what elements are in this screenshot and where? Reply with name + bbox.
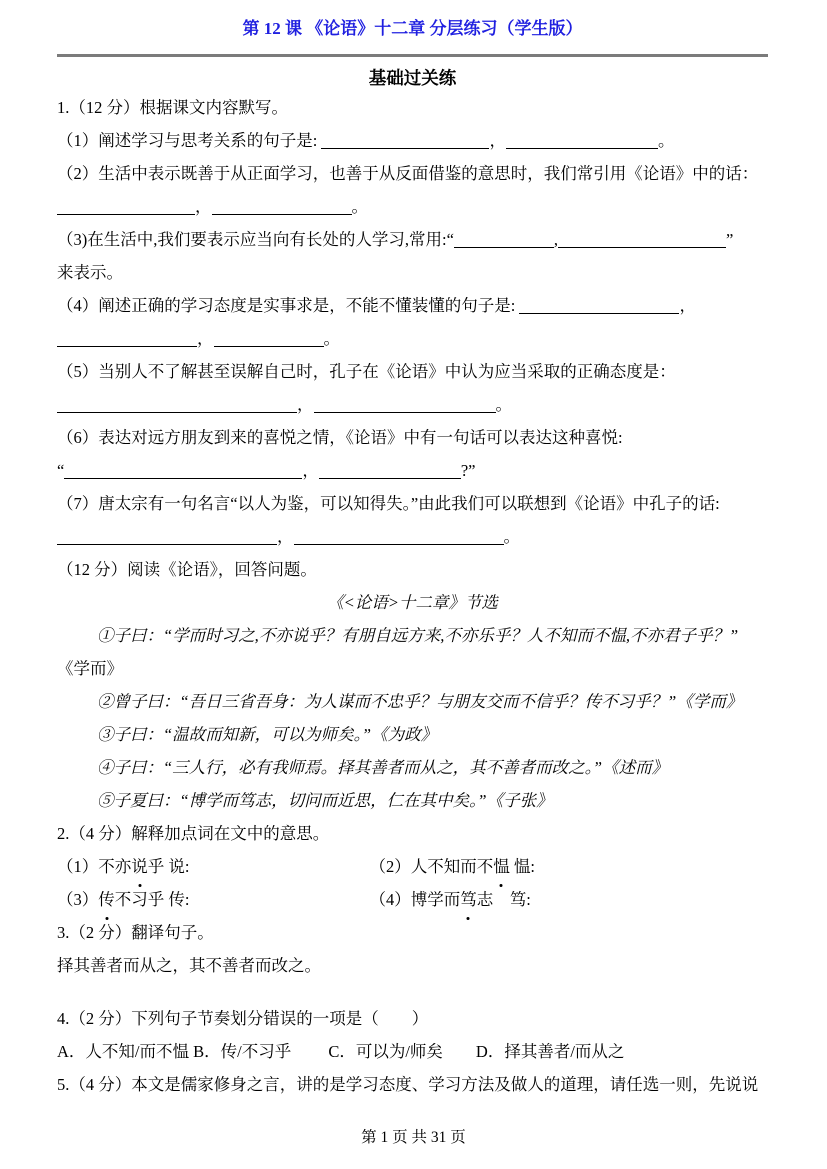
text-run: （12 分）阅读《论语》，回答问题。 [57,560,317,579]
text-run: ②曾子曰：“吾日三省吾身：为人谋而不忠乎？与朋友交而不信乎？传不习乎？”《学而》 [97,692,742,711]
text-run: （4）博学而 [369,890,460,909]
answer-blank [506,131,658,149]
text-run: 愠: [510,857,535,876]
line-q4-options: A．人不知/而不愠 B．传/不习乎 C．可以为/师矣 D．择其善者/而从之 [57,1035,768,1068]
answer-blank [519,296,679,314]
line-q5-stem: 5.（4 分）本文是儒家修身之言，讲的是学习态度、学习方法及做人的道理，请任选一… [57,1068,768,1101]
text-run: （3） [57,890,98,909]
line-q1-sub5: （5）当别人不了解甚至误解自己时，孔子在《论语》中认为应当采取的正确态度是： [57,355,768,388]
answer-blank [294,527,504,545]
line-q1-sub3: （3)在生活中,我们要表示应当向有长处的人学习,常用:“,” [57,223,768,256]
line-passage-1: ①子曰：“学而时习之,不亦说乎？有朋自远方来,不亦乐乎？人不知而不愠,不亦君子乎… [57,619,768,652]
text-run: （2）生活中表示既善于从正面学习，也善于从反面借鉴的意思时，我们常引用《论语》中… [57,164,758,183]
line-q3-stem: 3.（2 分）翻译句子。 [57,916,768,949]
text-run: （1）阐述学习与思考关系的句子是: [57,131,321,150]
text-run: 3.（2 分）翻译句子。 [57,923,214,942]
line-passage-1-cont: 《学而》 [57,652,768,685]
text-run: ， [195,197,212,216]
text-run: ⑤子夏曰：“博学而笃志，切问而近思，仁在其中矣。”《子张》 [97,791,553,810]
line-passage-4: ④子曰：“三人行，必有我师焉。择其善者而从之，其不善者而改之。”《述而》 [57,751,768,784]
text-run: （7）唐太宗有一句名言“以人为鉴，可以知得失。”由此我们可以联想到《论语》中孔子… [57,494,720,513]
line-passage-5: ⑤子夏曰：“博学而笃志，切问而近思，仁在其中矣。”《子张》 [57,784,768,817]
answer-blank [57,395,297,413]
answer-blank [64,461,302,479]
document-body: 1.（12 分）根据课文内容默写。（1）阐述学习与思考关系的句子是: ，。（2）… [57,91,768,1101]
answer-blank [314,395,496,413]
line-passage-title: 《<论语>十二章》节选 [57,586,768,619]
line-reading-stem: （12 分）阅读《论语》，回答问题。 [57,553,768,586]
emphasized-char: 说 [131,850,148,883]
line-q1-sub7: （7）唐太宗有一句名言“以人为鉴，可以知得失。”由此我们可以联想到《论语》中孔子… [57,487,768,520]
text-run: ， [197,329,214,348]
line-q1-sub2-blanks: ，。 [57,190,768,223]
text-run: ， [679,296,696,315]
text-run: 志 笃: [477,890,531,909]
column-gap [189,904,369,905]
text-run: ， [297,395,314,414]
text-run: 。 [324,329,341,348]
answer-blank [57,527,277,545]
page-footer: 第 1 页 共 31 页 [0,1125,827,1147]
text-run: 。 [352,197,369,216]
line-q1-sub4-blanks: ，。 [57,322,768,355]
answer-blank [558,230,726,248]
answer-blank [321,131,489,149]
text-run: ④子曰：“三人行，必有我师焉。择其善者而从之，其不善者而改之。”《述而》 [97,758,668,777]
answer-blank [57,329,197,347]
text-run: ， [302,461,319,480]
answer-blank [454,230,554,248]
text-run: ③子曰：“温故而知新，可以为师矣。”《为政》 [97,725,437,744]
text-run: 。 [496,395,513,414]
text-run: 《学而》 [57,659,123,678]
line-q1-sub6: （6）表达对远方朋友到来的喜悦之情，《论语》中有一句话可以表达这种喜悦: [57,421,768,454]
line-q3-sentence: 择其善者而从之，其不善者而改之。 [57,949,768,982]
line-q2-row2: （3）传不习乎 传:（4）博学而笃志 笃: [57,883,768,916]
text-run: “ [57,461,64,480]
text-run: A．人不知/而不愠 B．传/不习乎 C．可以为/师矣 D．择其善者/而从之 [57,1042,624,1061]
text-run: （6）表达对远方朋友到来的喜悦之情，《论语》中有一句话可以表达这种喜悦: [57,428,623,447]
column-gap [189,871,369,872]
emphasized-char: 愠 [493,850,510,883]
text-run: ” [726,230,733,249]
document-page: 第 12 课 《论语》十二章 分层练习（学生版） 基础过关练 1.（12 分）根… [0,0,827,1169]
line-q2-stem: 2.（4 分）解释加点词在文中的意思。 [57,817,768,850]
text-run: （3)在生活中,我们要表示应当向有长处的人学习,常用:“ [57,230,454,249]
answer-blank [319,461,461,479]
line-q1-stem: 1.（12 分）根据课文内容默写。 [57,91,768,124]
emphasized-char: 传 [98,883,115,916]
line-q1-sub2: （2）生活中表示既善于从正面学习，也善于从反面借鉴的意思时，我们常引用《论语》中… [57,157,768,190]
text-run: （1）不亦 [57,857,131,876]
text-run: （5）当别人不了解甚至误解自己时，孔子在《论语》中认为应当采取的正确态度是： [57,362,676,381]
line-q1-sub6-blanks: “，?” [57,454,768,487]
text-run: 。 [504,527,521,546]
emphasized-char: 笃 [460,883,477,916]
text-run: 2.（4 分）解释加点词在文中的意思。 [57,824,329,843]
text-run: 1.（12 分）根据课文内容默写。 [57,98,288,117]
answer-blank [214,329,324,347]
line-q1-sub7-blanks: ，。 [57,520,768,553]
text-run: 不习乎 传: [115,890,190,909]
line-q1-sub5-blanks: ，。 [57,388,768,421]
line-passage-3: ③子曰：“温故而知新，可以为师矣。”《为政》 [57,718,768,751]
line-q1-sub3-cont: 来表示。 [57,256,768,289]
text-run: 《<论语>十二章》节选 [327,593,498,612]
answer-blank [212,197,352,215]
line-q1-sub1: （1）阐述学习与思考关系的句子是: ，。 [57,124,768,157]
line-q4-stem: 4.（2 分）下列句子节奏划分错误的一项是（ ） [57,1002,768,1035]
line-q2-row1: （1）不亦说乎 说:（2）人不知而不愠 愠: [57,850,768,883]
text-run: 5.（4 分）本文是儒家修身之言，讲的是学习态度、学习方法及做人的道理，请任选一… [57,1075,758,1094]
text-run: 4.（2 分）下列句子节奏划分错误的一项是（ ） [57,1009,428,1028]
section-heading: 基础过关练 [57,65,768,91]
text-run: （2）人不知而不 [369,857,493,876]
text-run: 乎 说: [148,857,190,876]
title-divider [57,54,768,57]
line-passage-2: ②曾子曰：“吾日三省吾身：为人谋而不忠乎？与朋友交而不信乎？传不习乎？”《学而》 [57,685,768,718]
text-run: 。 [658,131,675,150]
answer-blank [57,197,195,215]
text-run: 择其善者而从之，其不善者而改之。 [57,956,321,975]
text-run: ①子曰：“学而时习之,不亦说乎？有朋自远方来,不亦乐乎？人不知而不愠,不亦君子乎… [97,626,738,645]
text-run: ， [277,527,294,546]
text-run: ， [489,131,506,150]
line-q1-sub4: （4）阐述正确的学习态度是实事求是，不能不懂装懂的句子是: ， [57,289,768,322]
text-run: （4）阐述正确的学习态度是实事求是，不能不懂装懂的句子是: [57,296,519,315]
doc-title: 第 12 课 《论语》十二章 分层练习（学生版） [57,16,768,42]
text-run: 来表示。 [57,263,123,282]
text-run: ?” [461,461,476,480]
